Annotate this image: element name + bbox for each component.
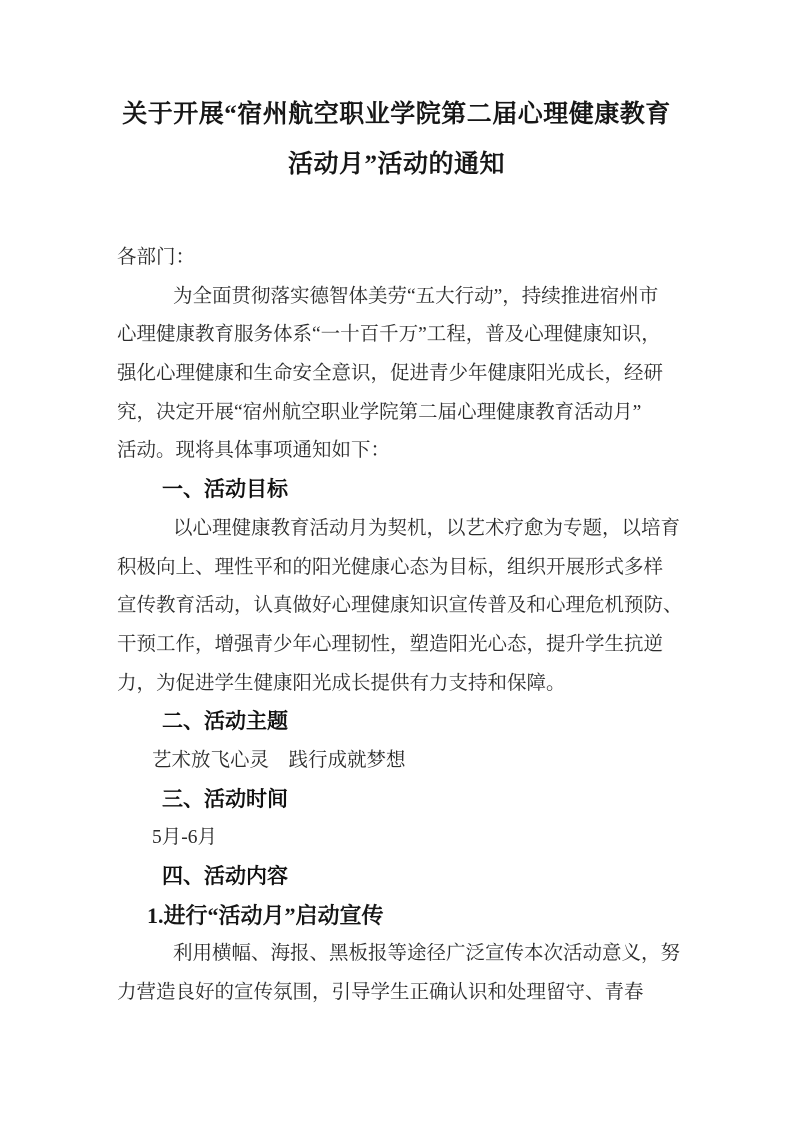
document-page: 关于开展“宿州航空职业学院第二届心理健康教育 活动月”活动的通知 各部门：为全面… (0, 0, 793, 1122)
doc-line: 力，为促进学生健康阳光成长提供有力支持和保障。 (117, 665, 687, 704)
doc-line: 艺术放飞心灵 践行成就梦想 (117, 742, 687, 781)
title-line-1: 关于开展“宿州航空职业学院第二届心理健康教育 (60, 90, 733, 140)
doc-line: 为全面贯彻落实德智体美劳“五大行动”，持续推进宿州市 (117, 278, 687, 317)
document-body: 各部门：为全面贯彻落实德智体美劳“五大行动”，持续推进宿州市心理健康教育服务体系… (117, 239, 687, 1013)
document-title: 关于开展“宿州航空职业学院第二届心理健康教育 活动月”活动的通知 (60, 90, 733, 190)
doc-line: 活动。现将具体事项通知如下： (117, 432, 687, 471)
doc-line: 宣传教育活动，认真做好心理健康知识宣传普及和心理危机预防、 (117, 587, 687, 626)
doc-line: 力营造良好的宣传氛围，引导学生正确认识和处理留守、青春 (117, 974, 687, 1013)
doc-line: 究，决定开展“宿州航空职业学院第二届心理健康教育活动月” (117, 394, 687, 433)
section-heading: 一、活动目标 (117, 471, 687, 510)
section-heading: 四、活动内容 (117, 858, 687, 897)
doc-line: 心理健康教育服务体系“一十百千万”工程，普及心理健康知识， (117, 316, 687, 355)
doc-line: 强化心理健康和生命安全意识，促进青少年健康阳光成长，经研 (117, 355, 687, 394)
doc-line: 积极向上、理性平和的阳光健康心态为目标，组织开展形式多样 (117, 549, 687, 588)
section-heading: 三、活动时间 (117, 781, 687, 820)
sub-heading: 1.进行“活动月”启动宣传 (117, 897, 687, 936)
doc-line: 利用横幅、海报、黑板报等途径广泛宣传本次活动意义，努 (117, 935, 687, 974)
doc-line: 各部门： (117, 239, 687, 278)
doc-line: 以心理健康教育活动月为契机，以艺术疗愈为专题，以培育 (117, 510, 687, 549)
doc-line: 干预工作，增强青少年心理韧性，塑造阳光心态，提升学生抗逆 (117, 626, 687, 665)
doc-line: 5月-6月 (117, 819, 687, 858)
title-line-2: 活动月”活动的通知 (60, 140, 733, 190)
section-heading: 二、活动主题 (117, 703, 687, 742)
